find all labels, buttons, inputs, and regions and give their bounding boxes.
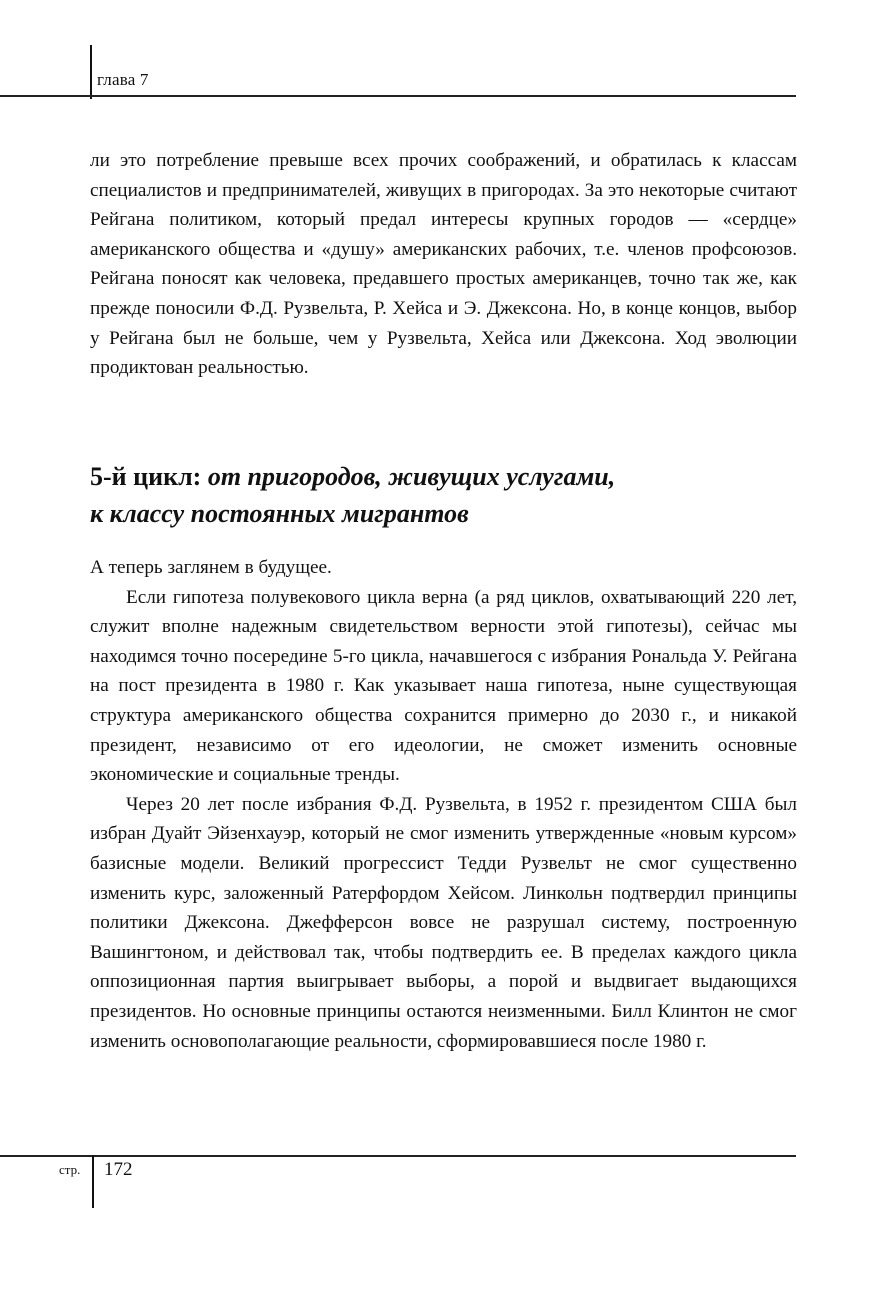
paragraph: А теперь заглянем в будущее. (90, 553, 797, 583)
paragraph: Через 20 лет после избрания Ф.Д. Рузвель… (90, 790, 797, 1056)
heading-prefix: 5-й цикл: (90, 462, 208, 491)
footer-horizontal-rule (0, 1155, 796, 1157)
footer-vertical-rule (92, 1155, 94, 1208)
running-head: глава 7 (97, 70, 149, 90)
paragraph: Если гипотеза полувекового цикла верна (… (90, 583, 797, 790)
page-number: 172 (104, 1159, 133, 1181)
body-text-section: А теперь заглянем в будущее. Если гипоте… (90, 553, 797, 1056)
section-heading: 5-й цикл: от пригородов, живущих услугам… (90, 458, 797, 532)
heading-italic-line1: от пригородов, живущих услугами, (208, 462, 615, 491)
header-horizontal-rule (0, 95, 796, 97)
paragraph: ли это потребление превыше всех прочих с… (90, 146, 797, 383)
heading-italic-line2: к классу постоянных мигрантов (90, 499, 469, 528)
body-text-top: ли это потребление превыше всех прочих с… (90, 146, 797, 383)
page-label: стр. (59, 1162, 80, 1178)
header-vertical-rule (90, 45, 92, 99)
